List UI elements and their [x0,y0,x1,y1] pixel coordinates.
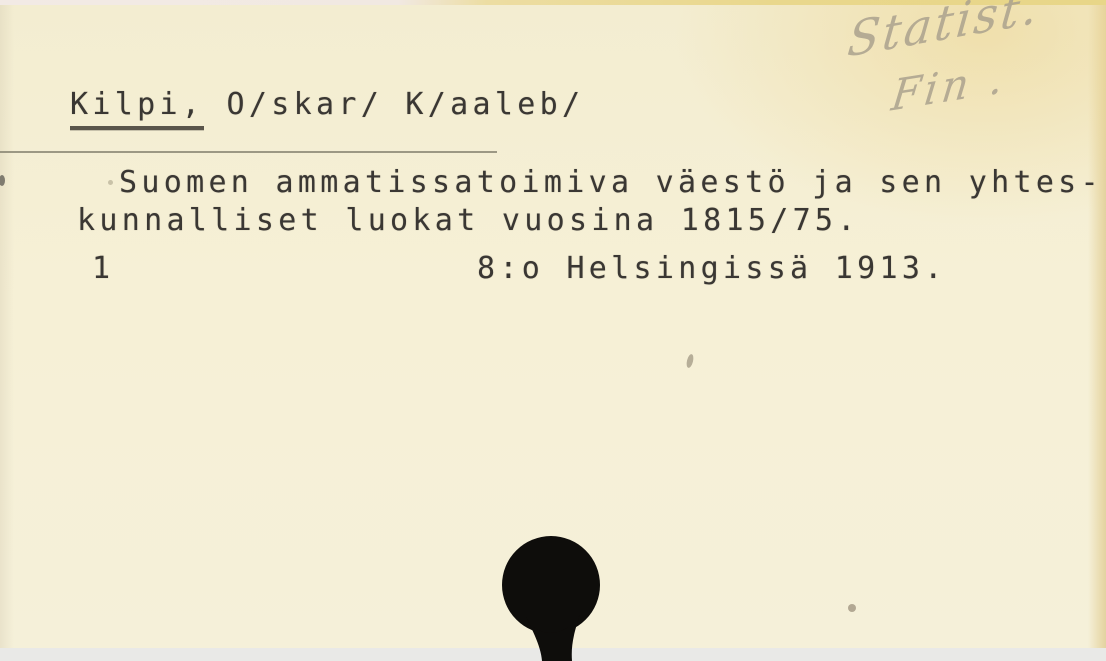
volume-number: 1 [92,252,114,286]
title-line-2: kunnalliset luokat vuosina 1815/75. [77,204,860,238]
author-forenames: O/skar/ K/aaleb/ [204,87,584,122]
handwritten-annotation-line-1: Statist. [845,0,1043,69]
scan-speck [0,175,5,186]
scan-speck [848,604,856,612]
heading-rule [0,151,497,153]
imprint-line: 8:o Helsingissä 1913. [477,252,947,286]
author-heading: Kilpi, O/skar/ K/aaleb/ [70,88,584,122]
punch-hole [490,525,620,661]
handwritten-annotation-line-2: Fin . [889,52,1010,121]
catalog-card-scan: Kilpi, O/skar/ K/aaleb/ Suomen ammatissa… [0,0,1106,661]
author-surname: Kilpi, [70,87,204,130]
title-line-1: Suomen ammatissatoimiva väestö ja sen yh… [119,166,1103,200]
scan-speck [685,353,694,368]
scan-speck [108,180,113,185]
